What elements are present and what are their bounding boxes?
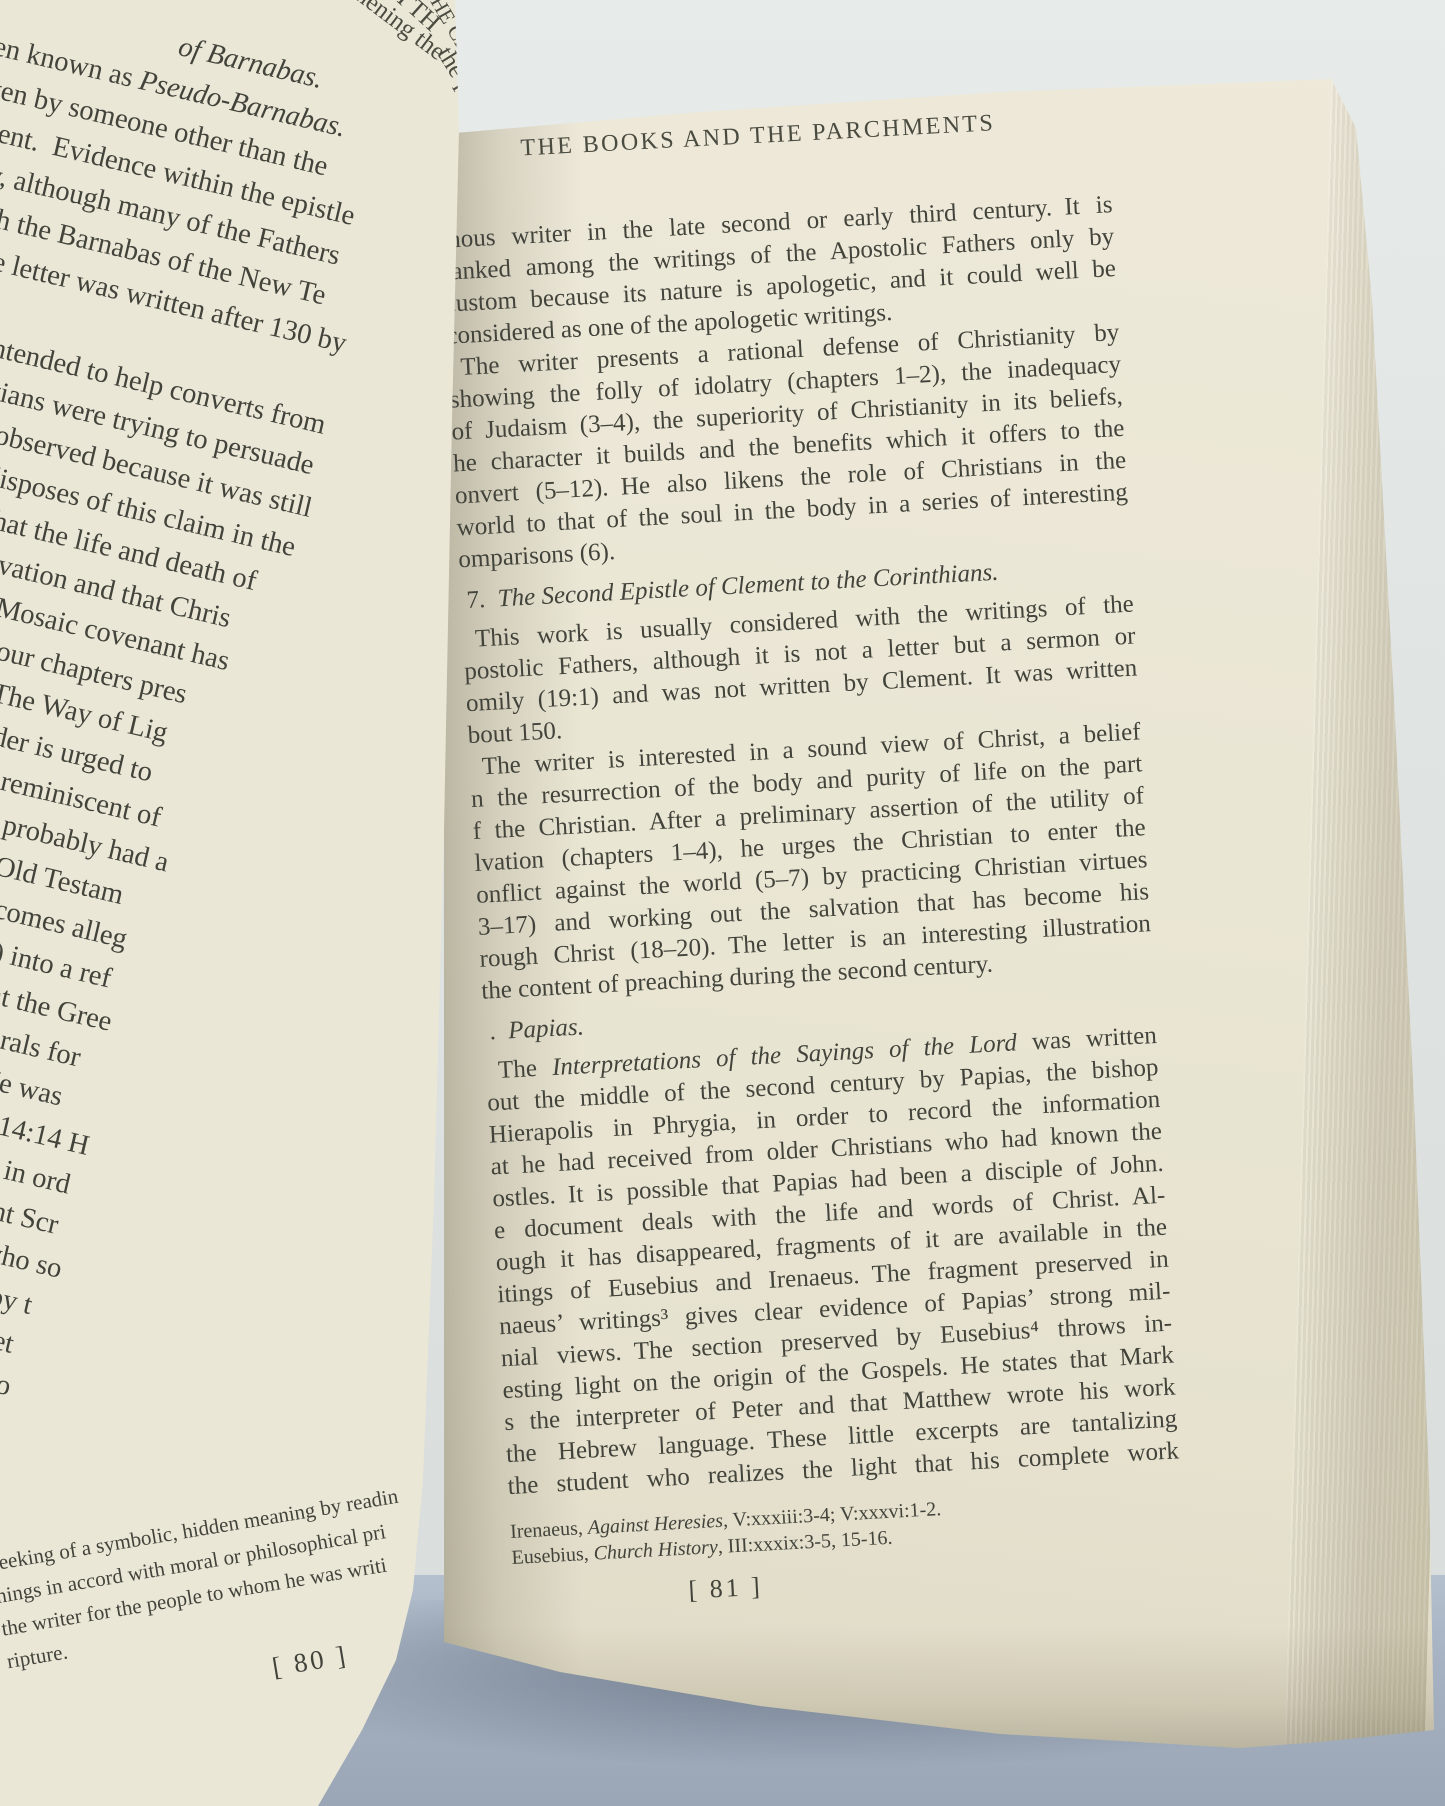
photo-open-book: THE BOOKS AND THE PARCHMENTS mous writer…	[0, 0, 1445, 1806]
right-page-body-text: mous writer in the late second or early …	[441, 189, 1180, 1503]
right-page-content: THE BOOKS AND THE PARCHMENTS mous writer…	[436, 104, 1186, 1615]
